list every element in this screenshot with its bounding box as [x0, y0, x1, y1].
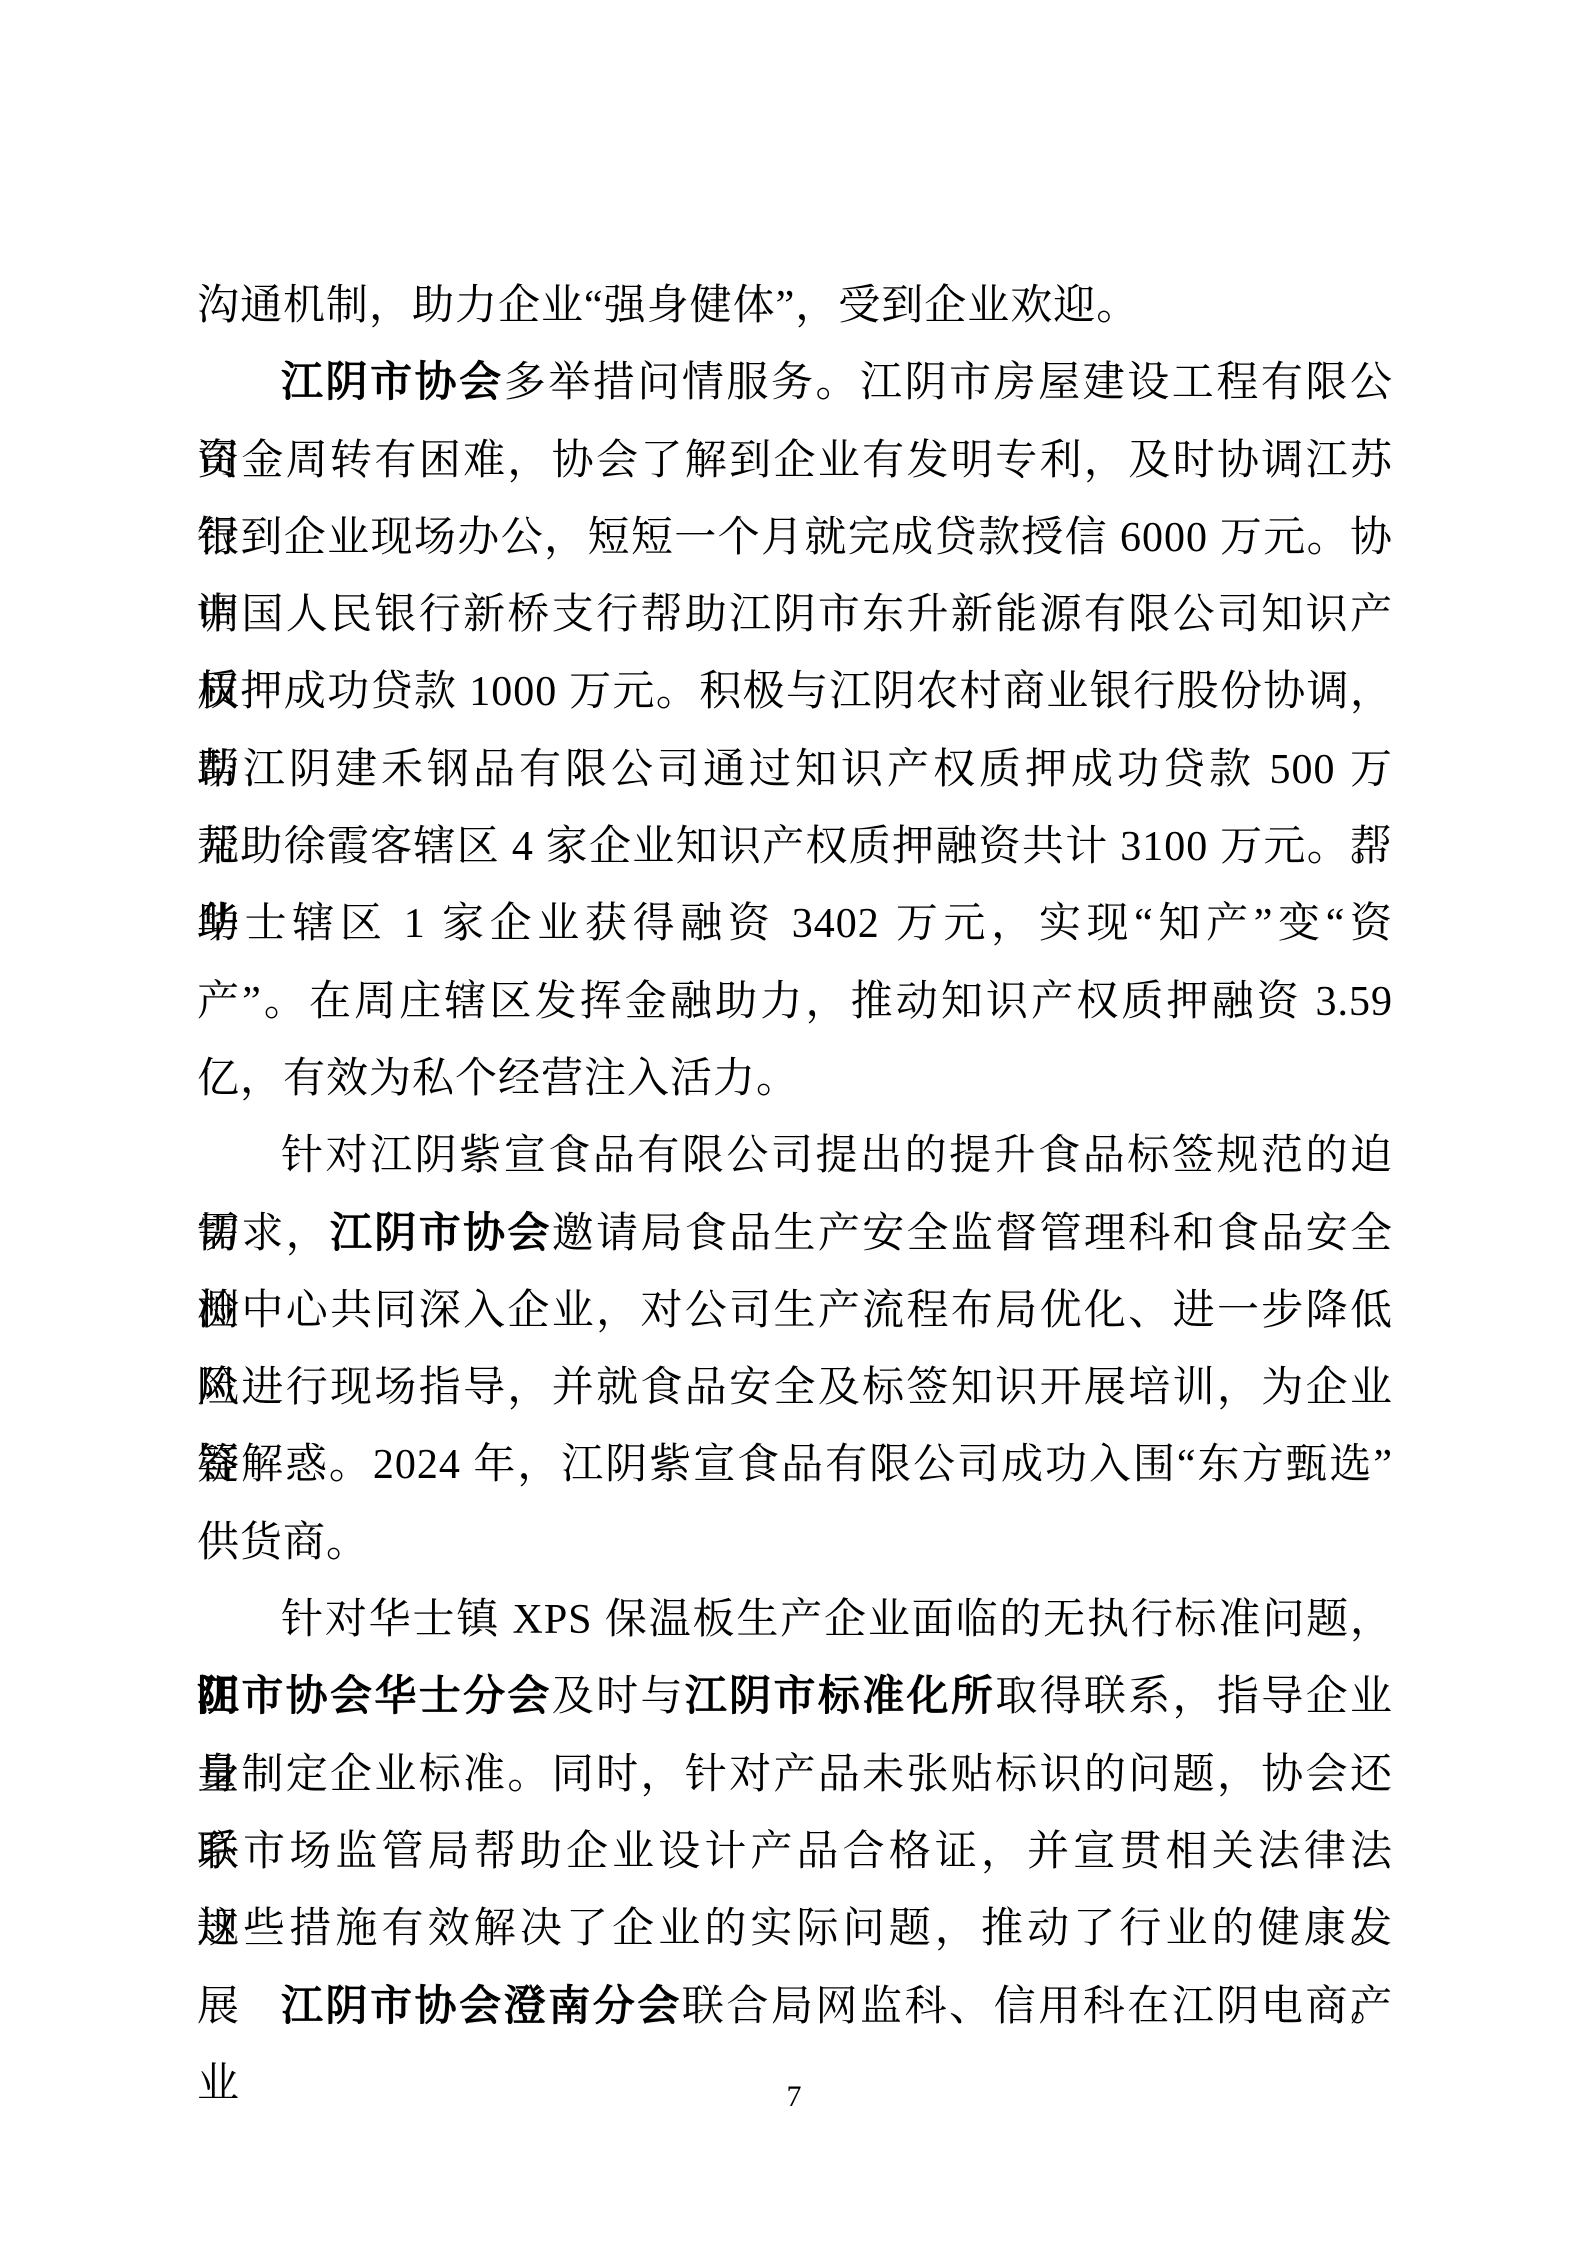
text-run: 供货商。 [197, 1520, 369, 1566]
text-line-23: 江阴市协会澄南分会联合局网监科、信用科在江阴电商产业 [197, 1969, 1393, 2046]
document-page: 沟通机制，助力企业“强身健体”，受到企业欢迎。 江阴市协会多举措问情服务。江阴市… [0, 0, 1588, 2245]
text-line-18: 针对华士镇 XPS 保温板生产企业面临的无执行标准问题，江 [197, 1582, 1393, 1659]
text-line-20: 身制定企业标准。同时，针对产品未张贴标识的问题，协会还联 [197, 1737, 1393, 1814]
text-line-17: 供货商。 [197, 1505, 1393, 1582]
page-footer: 7 [0, 2075, 1588, 2119]
text-line-05: 中国人民银行新桥支行帮助江阴市东升新能源有限公司知识产权 [197, 577, 1393, 654]
text-run: 亿，有效为私个经营注入活力。 [197, 1056, 799, 1102]
text-run: 针对华士镇 XPS 保温板生产企业面临的无执行标准问题， [281, 1597, 1393, 1643]
text-line-11: 亿，有效为私个经营注入活力。 [197, 1041, 1393, 1118]
text-line-08: 帮助徐霞客辖区 4 家企业知识产权质押融资共计 3100 万元。帮助 [197, 809, 1393, 886]
text-line-03: 资金周转有困难，协会了解到企业有发明专利，及时协调江苏银 [197, 423, 1393, 500]
text-line-14: 测中心共同深入企业，对公司生产流程布局优化、进一步降低风 [197, 1273, 1393, 1350]
text-line-12: 针对江阴紫宣食品有限公司提出的提升食品标签规范的迫切 [197, 1118, 1393, 1195]
text-run: 疑解惑。2024 年，江阴紫宣食品有限公司成功入围“东方甄选” [197, 1442, 1393, 1488]
text-run: 需求， [197, 1211, 330, 1257]
text-run: 沟通机制，助力企业“强身健体”，受到企业欢迎。 [197, 283, 1139, 329]
text-line-01: 沟通机制，助力企业“强身健体”，受到企业欢迎。 [197, 268, 1393, 345]
text-line-10: 产”。在周庄辖区发挥金融助力，推动知识产权质押融资 3.59 [197, 964, 1393, 1041]
text-run-bold: 江阴市协会 [330, 1211, 552, 1257]
text-run: 及时与 [552, 1674, 685, 1720]
text-line-16: 疑解惑。2024 年，江阴紫宣食品有限公司成功入围“东方甄选” [197, 1427, 1393, 1504]
text-line-21: 系市场监管局帮助企业设计产品合格证，并宣贯相关法律法规。 [197, 1814, 1393, 1891]
page-number: 7 [787, 2080, 802, 2113]
text-line-09: 华士辖区 1 家企业获得融资 3402 万元，实现“知产”变“资 [197, 886, 1393, 963]
text-line-02: 江阴市协会多举措问情服务。江阴市房屋建设工程有限公司 [197, 345, 1393, 422]
text-line-22: 这些措施有效解决了企业的实际问题，推动了行业的健康发展。 [197, 1891, 1393, 1968]
text-line-19: 阴市协会华士分会及时与江阴市标准化所取得联系，指导企业量 [197, 1659, 1393, 1736]
text-run: 华士辖区 1 家企业获得融资 3402 万元，实现“知产”变“资 [197, 901, 1393, 947]
text-run-bold: 江阴市协会澄南分会 [281, 1984, 682, 2030]
text-line-06: 质押成功贷款 1000 万元。积极与江阴农村商业银行股份协调，帮 [197, 654, 1393, 731]
text-run-bold: 江阴市协会 [281, 360, 504, 406]
document-body: 沟通机制，助力企业“强身健体”，受到企业欢迎。 江阴市协会多举措问情服务。江阴市… [197, 268, 1393, 2046]
text-run-bold: 江阴市标准化所 [685, 1674, 995, 1720]
text-line-13: 需求，江阴市协会邀请局食品生产安全监督管理科和食品安全检 [197, 1196, 1393, 1273]
text-run-bold: 阴市协会华士分会 [197, 1674, 552, 1720]
text-run: 产”。在周庄辖区发挥金融助力，推动知识产权质押融资 3.59 [197, 979, 1393, 1025]
text-line-15: 险进行现场指导，并就食品安全及标签知识开展培训，为企业答 [197, 1350, 1393, 1427]
text-line-07: 助江阴建禾钢品有限公司通过知识产权质押成功贷款 500 万元。 [197, 732, 1393, 809]
text-line-04: 行到企业现场办公，短短一个月就完成贷款授信 6000 万元。协调 [197, 500, 1393, 577]
